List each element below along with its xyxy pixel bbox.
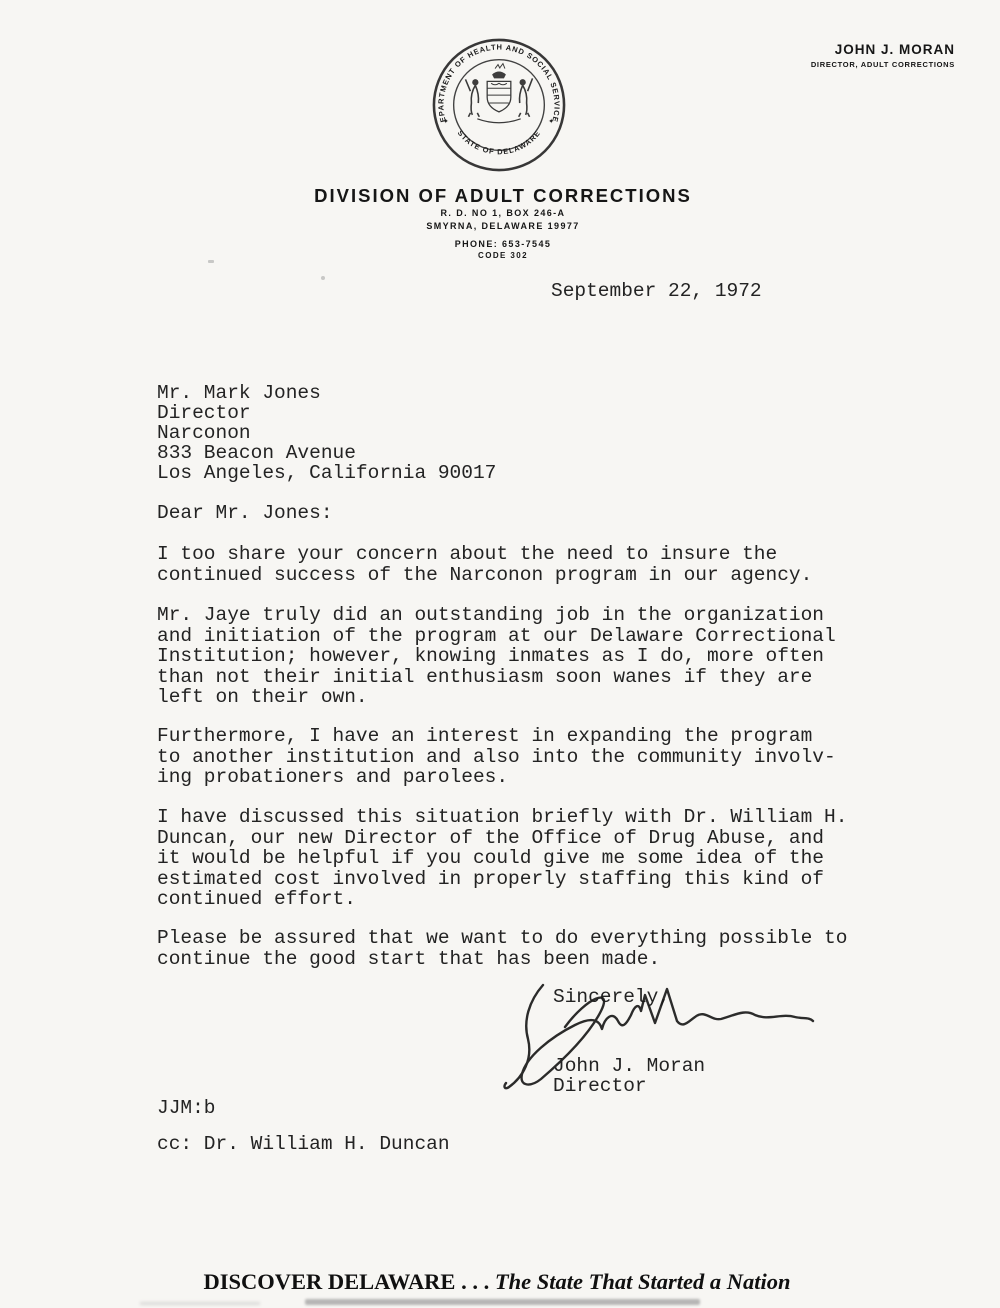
signer-name: John J. Moran bbox=[553, 1056, 705, 1077]
recipient-line-1: Mr. Mark Jones bbox=[157, 383, 321, 404]
delaware-state-seal-icon: DEPARTMENT OF HEALTH AND SOCIAL SERVICES… bbox=[430, 36, 568, 174]
footer-separator: . . . bbox=[455, 1269, 494, 1294]
valediction: Sincerely, bbox=[553, 987, 670, 1008]
body-paragraph-5: Please be assured that we want to do eve… bbox=[157, 928, 847, 969]
body-paragraph-3: Furthermore, I have an interest in expan… bbox=[157, 726, 836, 788]
signer-title: Director bbox=[553, 1076, 647, 1097]
cc-line: cc: Dr. William H. Duncan bbox=[157, 1134, 450, 1155]
reference-initials: JJM:b bbox=[157, 1098, 216, 1119]
footer-slogan-italic: The State That Started a Nation bbox=[495, 1269, 791, 1294]
body-paragraph-1: I too share your concern about the need … bbox=[157, 544, 812, 585]
footer-slogan: DISCOVER DELAWARE . . . The State That S… bbox=[204, 1269, 791, 1295]
recipient-line-2: Director bbox=[157, 403, 251, 424]
scan-artifact-smudge bbox=[140, 1302, 260, 1305]
official-block: JOHN J. MORAN DIRECTOR, ADULT CORRECTION… bbox=[811, 42, 955, 69]
body-paragraph-4: I have discussed this situation briefly … bbox=[157, 807, 847, 910]
seal-bottom-text: STATE OF DELAWARE bbox=[456, 128, 543, 156]
letterhead-phone: PHONE: 653-7545 bbox=[455, 239, 552, 249]
official-title: DIRECTOR, ADULT CORRECTIONS bbox=[811, 60, 955, 69]
salutation: Dear Mr. Jones: bbox=[157, 503, 333, 524]
seal-coat-of-arms bbox=[465, 64, 532, 123]
recipient-line-5: Los Angeles, California 90017 bbox=[157, 463, 496, 484]
letterhead-code: CODE 302 bbox=[478, 251, 528, 260]
scan-speck bbox=[208, 260, 214, 263]
letter-date: September 22, 1972 bbox=[551, 281, 762, 302]
recipient-line-3: Narconon bbox=[157, 423, 251, 444]
letterhead-po-box: R. D. NO 1, BOX 246-A bbox=[441, 208, 566, 218]
seal-star-left-icon: ✦ bbox=[443, 118, 449, 126]
scan-artifact-bar bbox=[305, 1299, 700, 1305]
letter-page: JOHN J. MORAN DIRECTOR, ADULT CORRECTION… bbox=[0, 0, 1000, 1308]
svg-text:STATE OF DELAWARE: STATE OF DELAWARE bbox=[456, 128, 543, 156]
letterhead-city: SMYRNA, DELAWARE 19977 bbox=[426, 221, 579, 231]
official-name: JOHN J. MORAN bbox=[811, 42, 955, 57]
division-title: DIVISION OF ADULT CORRECTIONS bbox=[314, 185, 692, 207]
scan-speck bbox=[321, 276, 325, 280]
footer-slogan-bold: DISCOVER DELAWARE bbox=[204, 1269, 456, 1294]
recipient-line-4: 833 Beacon Avenue bbox=[157, 443, 356, 464]
seal-star-right-icon: ✦ bbox=[548, 118, 554, 126]
body-paragraph-2: Mr. Jaye truly did an outstanding job in… bbox=[157, 605, 836, 708]
seal-svg: DEPARTMENT OF HEALTH AND SOCIAL SERVICES… bbox=[430, 36, 568, 174]
